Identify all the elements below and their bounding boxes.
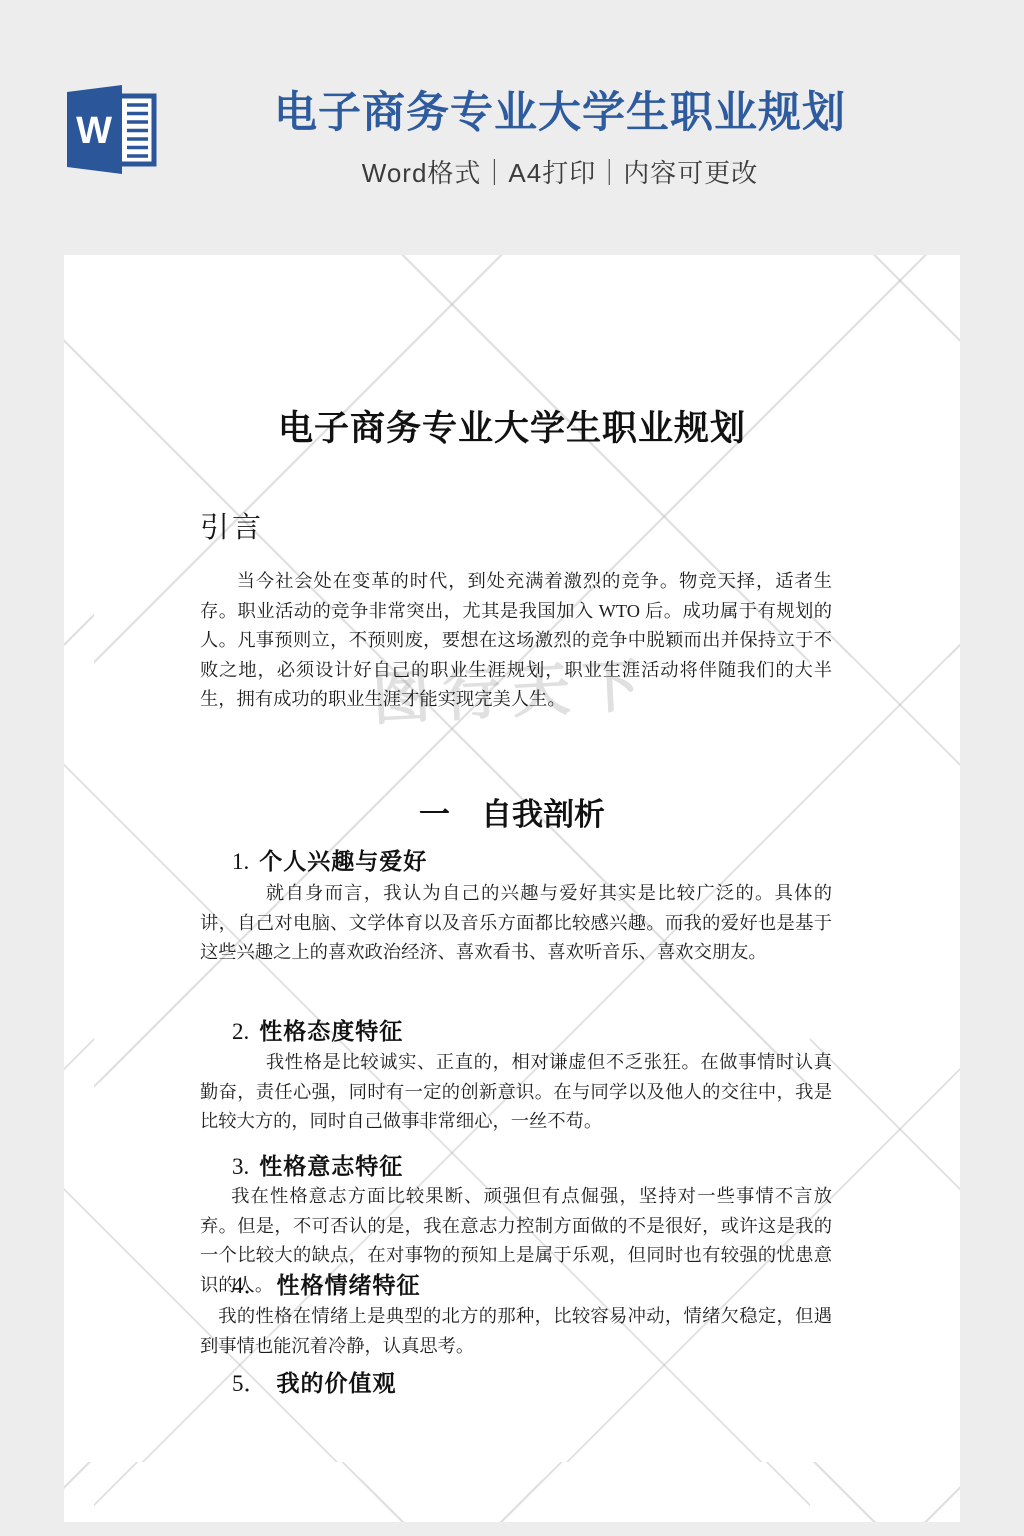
intro-paragraph: 当今社会处在变革的时代，到处充满着激烈的竞争。物竞天择，适者生存。职业活动的竞争… bbox=[200, 567, 832, 715]
item-body-2: 我性格是比较诚实、正直的，相对谦虚但不乏张狂。在做事情时认真勤奋，责任心强，同时… bbox=[200, 1048, 832, 1137]
item-heading-4: 4．性格情绪特征 bbox=[232, 1267, 421, 1300]
header-text-block: 电子商务专业大学生职业规划 Word格式｜A4打印｜内容可更改 bbox=[96, 0, 1024, 190]
item-title: 性格态度特征 bbox=[259, 1019, 403, 1044]
item-heading-2: 2.性格态度特征 bbox=[232, 1013, 403, 1046]
item-body-1: 就自身而言，我认为自己的兴趣与爱好其实是比较广泛的。具体的讲，自己对电脑、文学体… bbox=[200, 879, 832, 968]
item-title: 性格意志特征 bbox=[259, 1154, 403, 1179]
intro-heading: 引言 bbox=[200, 505, 264, 546]
item-heading-5: 5．我的价值观 bbox=[232, 1365, 397, 1398]
site-header: W 电子商务专业大学生职业规划 Word格式｜A4打印｜内容可更改 bbox=[0, 0, 1024, 255]
item-heading-1: 1.个人兴趣与爱好 bbox=[232, 843, 427, 876]
item-number: 3. bbox=[232, 1154, 249, 1179]
item-heading-3: 3.性格意志特征 bbox=[232, 1148, 403, 1181]
page-subtitle: Word格式｜A4打印｜内容可更改 bbox=[96, 153, 1024, 190]
item-number: 5． bbox=[232, 1371, 267, 1396]
document-title: 电子商务专业大学生职业规划 bbox=[64, 401, 960, 451]
item-number: 4． bbox=[232, 1273, 267, 1298]
item-title: 性格情绪特征 bbox=[277, 1273, 421, 1298]
page-title: 电子商务专业大学生职业规划 bbox=[96, 90, 1024, 137]
item-body-4: 我的性格在情绪上是典型的北方的那种，比较容易冲动，情绪欠稳定，但遇到事情也能沉着… bbox=[200, 1302, 832, 1361]
item-title: 我的价值观 bbox=[277, 1371, 397, 1396]
item-number: 1. bbox=[232, 849, 249, 874]
item-number: 2. bbox=[232, 1019, 249, 1044]
section-title-self-analysis: 一 自我剖析 bbox=[64, 789, 960, 834]
document-preview-page: 图行天下 电子商务专业大学生职业规划 引言 当今社会处在变革的时代，到处充满着激… bbox=[64, 255, 960, 1522]
item-title: 个人兴趣与爱好 bbox=[259, 849, 427, 874]
